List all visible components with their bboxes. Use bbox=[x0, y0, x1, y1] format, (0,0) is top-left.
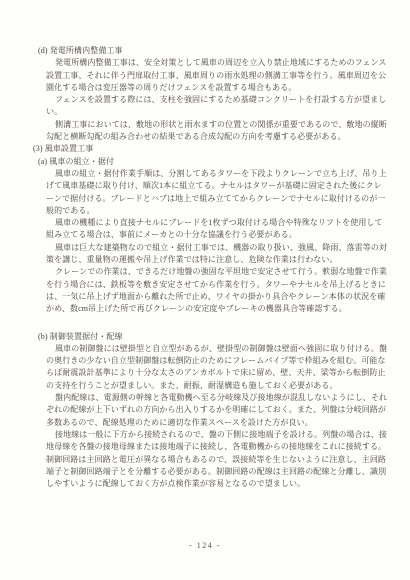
text-line: を行う場合には、鉄板等を敷き安定させてから作業を行う。タワーやナセルを吊上げると… bbox=[46, 279, 389, 291]
text-line: ぞれの配線が上下いずれの方向から出入りするかを明確にしておく。また、列盤は分岐回… bbox=[46, 404, 389, 416]
text-line: 側溝工事においては、敷地の形状と雨水ますの位置との関係が重要であるので、敷地の縦… bbox=[55, 119, 389, 131]
text-line: 園化する場合は変圧器等の周りだけフェンスを設置する場合もある。 bbox=[46, 82, 389, 94]
text-line: の支持を行うことが望ましい。また、耐振、耐湿構造も施しておく必要がある。 bbox=[46, 380, 389, 392]
text-line: 制御回路は主回路と電圧が異なる場合もあるので、誤接続等を生じないように注意し、主… bbox=[46, 454, 389, 466]
text-line: げて風車基礎に取り付け、順次1本に組立てる。ナセルはタワーが基礎に固定された後に… bbox=[46, 180, 389, 192]
text-line: 盤内配線は、電源側の幹線と各電動機へ至る分岐線及び接地線が混乱しないようにし、そ… bbox=[55, 392, 389, 404]
section-heading: (d) 発電所構内整備工事 bbox=[38, 45, 389, 57]
text-line: クレーンでの作業は、できるだけ地盤の強固な平坦地で安定させて行う。軟弱な地盤で作… bbox=[55, 266, 389, 278]
text-line: 風車の制御盤には壁掛型と自立型があるが、壁掛型の制御盤は壁面へ強固に取り付ける。… bbox=[55, 343, 389, 355]
text-line: 勾配と横断勾配の組み合わせの結果である合成勾配の方向を考慮する必要がある。 bbox=[46, 131, 389, 143]
text-line: 発電所構内整備工事は、安全対策として風車の周辺を立入り禁止地域にするためのフェン… bbox=[55, 57, 389, 69]
text-line: 設置工事、それに伴う門扉取付工事、風車周りの雨水処理の側溝工事等を行う。風車周辺… bbox=[46, 70, 389, 82]
text-line: フェンスを設置する際には、支柱を強固にするため基礎コンクリートを打設する方が望ま… bbox=[55, 94, 389, 106]
text-line: 般的である。 bbox=[46, 205, 389, 217]
text-line: 地母線を各盤の接地母線または接地端子に接続し、各電動機からの接地線をこれに接続す… bbox=[46, 441, 389, 453]
text-line: 風車の組立・据付作業手順は、分割してあるタワーを下段よりクレーンで立ち上げ、吊り… bbox=[55, 168, 389, 180]
text-line: 組み立てる場合は、事前にメーカとの十分な協議を行う必要がある。 bbox=[46, 229, 389, 241]
section-heading: (3) 風車設置工事 bbox=[33, 143, 389, 155]
text-line: ーンで据付ける。ブレードとハブは地上で組み立ててからクレーンでナセルに取付けるの… bbox=[46, 193, 389, 205]
text-line: 風車の機種により直接ナセルにブレードを1枚ずつ取付ける場合や特殊なリフトを使用し… bbox=[55, 217, 389, 229]
text-line: 多数あるので、配線処理のために適切な作業スペースを設けた方が良い。 bbox=[46, 417, 389, 429]
document-lines: (d) 発電所構内整備工事発電所構内整備工事は、安全対策として風車の周辺を立入り… bbox=[33, 45, 389, 490]
text-line: 風車は巨大な建築物なので組立・据付工事では、機器の取り扱い、強風、降雨、落雷等の… bbox=[55, 242, 389, 254]
text-line: かめ、数cm吊上げた所で再びクレーンの安定度やブレーキの機器具合等確認する。 bbox=[46, 303, 389, 315]
text-line: しやすいように配線しておく方が点検作業が容易となるので望ましい。 bbox=[46, 478, 389, 490]
page-number: - 124 - bbox=[0, 541, 410, 550]
section-heading: (a) 風車の組立・据付 bbox=[38, 156, 389, 168]
text-line: 端子と制御回路端子とを分離する必要がある。制御回路の配線は主回路の配線と分離し、… bbox=[46, 466, 389, 478]
text-line: らば耐震設計基準により十分な太さのアンカボルトで床に留め、壁、天井、梁等から転倒… bbox=[46, 367, 389, 379]
section-heading: (b) 制御装置据付・配線 bbox=[38, 331, 389, 343]
text-line: い。 bbox=[46, 106, 389, 118]
text-line: 接地線は一般に下方から接続されるので、盤の下側に接地端子を設ける。列盤の場合は、… bbox=[55, 429, 389, 441]
document-page: (d) 発電所構内整備工事発電所構内整備工事は、安全対策として風車の周辺を立入り… bbox=[0, 0, 410, 580]
text-line: は、一気に吊上げず地面から離れた所で止め、ワイヤの掛かり具合やクレーン本体の状況… bbox=[46, 291, 389, 303]
text-line: 策を講じ、重量物の運搬や吊上げ作業では特に注意し、危険な作業は行わない。 bbox=[46, 254, 389, 266]
text-line: の奥行きの少ない自立型制御盤は転倒防止のためにフレームパイプ等で枠組みを組む。可… bbox=[46, 355, 389, 367]
